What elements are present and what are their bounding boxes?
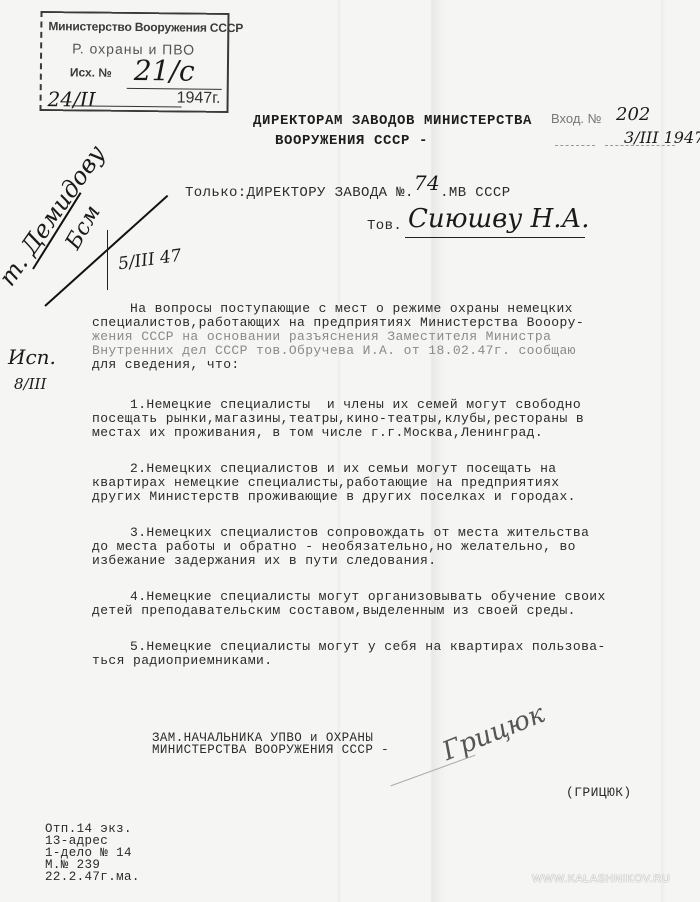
item-2-line-1: 2.Немецких специалистов и их семьи могут… <box>130 462 556 475</box>
stamp-number-value: 21/с <box>134 54 195 88</box>
addressee-line-2: ВООРУЖЕНИЯ СССР - <box>275 133 428 149</box>
distribution-line-5: 22.2.47г.ма. <box>45 871 140 883</box>
item-3-line-2: до места работы и обратно - необязательн… <box>92 540 576 553</box>
signature-flourish <box>391 755 476 787</box>
item-5-line-1: 5.Немецкие специалисты могут у себя на к… <box>130 640 606 653</box>
item-4-line-2: детей преподавательским составом,выделен… <box>92 604 576 617</box>
resolution-vertical-stroke <box>107 230 108 290</box>
margin-executor-date: 8/III <box>14 375 46 393</box>
stamp-number-label: Исх. № <box>70 65 112 79</box>
incoming-date: 3/III 1947 <box>624 128 700 147</box>
item-2-line-2: квартирах немецкие специалисты,работающи… <box>92 476 559 489</box>
stamp-date: 24/II <box>47 87 95 112</box>
incoming-number: 202 <box>616 104 650 125</box>
margin-executor-note: Исп. <box>8 345 56 369</box>
item-1-line-2: посещать рынки,магазины,театры,кино-теат… <box>92 412 584 425</box>
item-1-line-3: местах их проживания, в том числе г.г.Мо… <box>92 426 543 439</box>
item-5-line-2: ться радиоприемниками. <box>92 654 272 667</box>
signatory-title-line-2: МИНИСТЕРСТВА ВООРУЖЕНИЯ СССР - <box>152 744 389 757</box>
stamp-ministry: Министерство Вооружения СССР <box>48 19 243 35</box>
incoming-dotted-line <box>555 145 595 146</box>
signatory-name: (ГРИЦЮК) <box>566 786 632 799</box>
intro-line-1: На вопросы поступающие с мест о режиме о… <box>130 302 573 315</box>
item-2-line-3: других Министерств проживающие в других … <box>92 490 576 503</box>
only-director-suffix: .МВ СССР <box>440 185 510 201</box>
item-3-line-1: 3.Немецких специалистов сопровождать от … <box>130 526 589 539</box>
comrade-label: Тов. <box>367 220 402 233</box>
incoming-label: Вход. № <box>551 111 602 126</box>
stamp-year: 1947г. <box>177 89 221 107</box>
intro-line-4: Внутренних дел СССР тов.Обручева И.А. от… <box>92 344 576 357</box>
comrade-name-handwritten: Сиюшву Н.А. <box>408 204 590 234</box>
source-watermark: WWW.KALASHNIKOV.RU <box>532 873 670 885</box>
comrade-name-underline <box>405 237 585 238</box>
document-page: Министерство Вооружения СССР Р. охраны и… <box>0 0 700 902</box>
item-3-line-3: избежание задержания их в пути следовани… <box>92 554 436 567</box>
addressee-line-1: ДИРЕКТОРАМ ЗАВОДОВ МИНИСТЕРСТВА <box>253 113 532 129</box>
outgoing-registration-stamp: Министерство Вооружения СССР Р. охраны и… <box>39 11 229 113</box>
item-1-line-1: 1.Немецкие специалисты и члены их семей … <box>130 398 581 411</box>
only-director-line: Только:ДИРЕКТОРУ ЗАВОДА №.74.МВ СССР <box>185 183 511 200</box>
item-4-line-1: 4.Немецкие специалисты могут организовыв… <box>130 590 606 603</box>
only-director-prefix: Только:ДИРЕКТОРУ ЗАВОДА №. <box>185 185 414 201</box>
plant-number: 74 <box>414 171 440 195</box>
resolution-date: 5/III 47 <box>117 246 183 275</box>
intro-line-3: жения СССР на основании разъяснения Заме… <box>92 330 551 343</box>
intro-line-5: для сведения, что: <box>92 358 240 371</box>
handwritten-signature: Грицюк <box>438 699 549 767</box>
intro-line-2: специалистов,работающих на предприятиях … <box>92 316 584 329</box>
